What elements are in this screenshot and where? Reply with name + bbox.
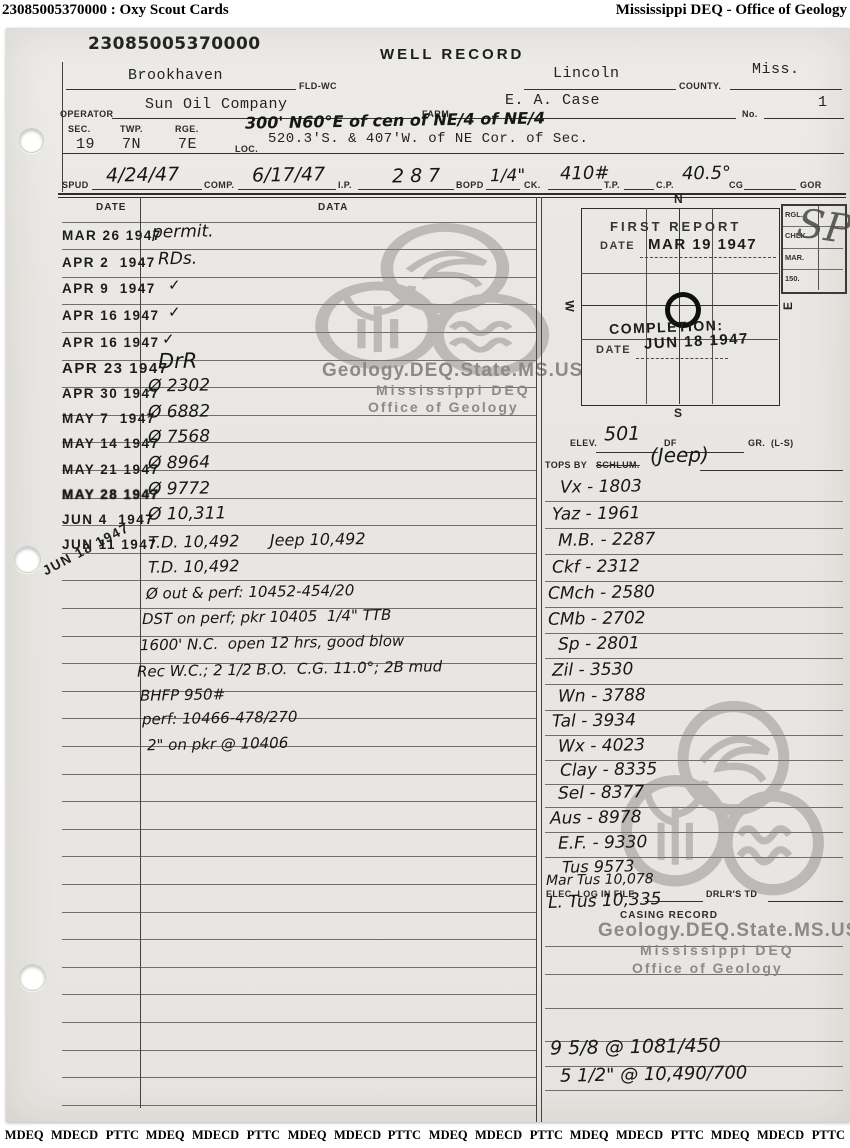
ruled-line — [545, 501, 843, 502]
footer-stamp: MDECD — [334, 1127, 381, 1143]
ruled-line — [62, 1050, 536, 1051]
compass-east-label: E — [781, 302, 795, 310]
ruled-line — [545, 607, 843, 608]
ruled-line — [62, 801, 536, 802]
log-data-entry: ✓ — [168, 276, 181, 294]
ruled-line — [62, 553, 536, 554]
ck-label: CK. — [524, 180, 541, 190]
loc-label: LOC. — [235, 144, 258, 154]
log-data-entry: RDs. — [158, 249, 198, 270]
formation-top-entry: Wx - 4023 — [558, 735, 645, 757]
spud-label: SPUD — [62, 180, 89, 190]
field-value: Brookhaven — [128, 67, 223, 84]
section-divider-left — [536, 197, 537, 1122]
watermark-org: Mississippi DEQ — [376, 382, 531, 398]
footer-stamp: PTTC — [671, 1127, 704, 1143]
casing-entry: 5 1/2" @ 10,490/700 — [560, 1062, 748, 1086]
rge-value: 7E — [178, 136, 197, 153]
date-column-header: DATE — [96, 202, 126, 213]
log-data-entry: Ø 10,311 — [148, 503, 227, 524]
gor-label: GOR — [800, 180, 822, 190]
county-underline — [524, 89, 676, 90]
watermark-org: Mississippi DEQ — [640, 942, 795, 958]
log-date-stamp: APR 23 1947 — [62, 360, 169, 377]
first-report-date-label: DATE — [600, 240, 635, 252]
log-date-stamp: MAY 21 1947 — [62, 462, 160, 477]
comp-label: COMP. — [204, 180, 234, 190]
log-data-entry: DrR — [158, 349, 198, 374]
ruled-line — [62, 1077, 536, 1078]
casing-record-heading: CASING RECORD — [620, 910, 718, 921]
footer-stamp: MDEQ — [146, 1127, 185, 1143]
watermark-url: Geology.DEQ.State.MS.US — [598, 920, 850, 942]
ip-label: I.P. — [338, 180, 352, 190]
elev-value: 501 — [604, 423, 641, 446]
footer-stamp-row: MDEQMDECDPTTCMDEQMDECDPTTCMDEQMDECDPTTCM… — [4, 1127, 846, 1143]
tp-blank-underline — [624, 189, 654, 190]
elev-label: ELEV. — [570, 438, 597, 448]
index-stamp-row: 150. — [785, 274, 800, 283]
gravity-value: 40.5° — [682, 163, 731, 185]
county-label: COUNTY. — [679, 81, 721, 91]
log-data-entry: Ø 6882 — [148, 401, 210, 422]
log-data-entry: ✓ — [162, 330, 175, 348]
state-value: Miss. — [752, 61, 800, 78]
index-stamp-row: MAR. — [785, 253, 804, 262]
ruled-line — [62, 884, 536, 885]
spud-value: 4/24/47 — [106, 163, 180, 186]
spud-underline — [92, 189, 202, 190]
ruled-line — [545, 658, 843, 659]
log-date-stamp: APR 30 1947 — [62, 386, 160, 401]
lower-tuscaloosa-entry: L. Tus 10,335 — [548, 889, 662, 913]
log-date-stamp: APR 2 1947 — [62, 255, 156, 270]
log-date-stamp: MAY 28 1947 — [62, 487, 160, 502]
gr-label: GR. (L-S) — [748, 438, 794, 448]
footer-stamp: MDECD — [757, 1127, 804, 1143]
footer-stamp: MDECD — [475, 1127, 522, 1143]
ip-underline — [358, 189, 454, 190]
formation-top-entry: Wn - 3788 — [558, 685, 646, 707]
footer-stamp: PTTC — [812, 1127, 845, 1143]
ruled-line — [62, 939, 536, 940]
watermark-url: Geology.DEQ.State.MS.US — [322, 360, 583, 382]
gor-underline — [744, 189, 796, 190]
footer-stamp: PTTC — [106, 1127, 139, 1143]
first-report-date-stamp: MAR 19 1947 — [648, 236, 757, 253]
log-date-stamp: APR 16 1947 — [62, 335, 160, 350]
completion-date-label: DATE — [596, 344, 631, 356]
footer-stamp: MDECD — [192, 1127, 239, 1143]
formation-top-entry: Tal - 3934 — [552, 710, 636, 731]
ruled-line — [545, 528, 843, 529]
ruled-line — [62, 912, 536, 913]
log-data-entry: ✓ — [168, 303, 181, 321]
form-left-border — [62, 62, 63, 192]
log-data-entry: 2" on pkr @ 10406 — [147, 734, 289, 754]
ruled-line — [62, 691, 536, 692]
data-column-header: DATA — [318, 202, 348, 213]
scanned-document-page: 23085005370000 : Oxy Scout Cards Mississ… — [0, 0, 850, 1148]
double-rule-bottom — [58, 197, 846, 199]
twp-label: TWP. — [120, 124, 143, 134]
ruled-line — [545, 581, 843, 582]
ip-value: 287 — [392, 165, 447, 188]
log-data-entry: perf: 10466-478/270 — [142, 708, 298, 729]
footer-stamp: PTTC — [529, 1127, 562, 1143]
loc-underline — [62, 153, 844, 154]
log-data-entry: permit. — [152, 221, 214, 242]
tops-by-underline — [700, 470, 843, 471]
choke-underline — [486, 189, 520, 190]
county-value: Lincoln — [553, 65, 620, 82]
well-no-value: 1 — [818, 94, 828, 111]
ruled-line — [545, 1090, 843, 1091]
formation-top-entry: Ckf - 2312 — [552, 556, 640, 578]
punch-hole — [14, 546, 41, 573]
footer-stamp: MDECD — [616, 1127, 663, 1143]
log-date-stamp: APR 9 1947 — [62, 281, 156, 296]
viewer-title-right: Mississippi DEQ - Office of Geology — [616, 2, 847, 19]
formation-top-entry: Sel - 8377 — [558, 782, 645, 804]
sec-label: SEC. — [68, 124, 91, 134]
ruled-line — [62, 829, 536, 830]
cp-label: C.P. — [656, 180, 674, 190]
field-underline — [66, 89, 296, 90]
first-report-stamp: FIRST REPORT — [610, 219, 741, 234]
formation-top-entry: E.F. - 9330 — [558, 832, 648, 854]
compass-south-label: S — [674, 406, 682, 420]
choke-value: 1/4" — [490, 166, 526, 187]
farm-value: E. A. Case — [505, 92, 600, 109]
log-data-entry: T.D. 10,492 Jeep 10,492 — [148, 529, 366, 552]
watermark-office: Office of Geology — [632, 960, 783, 976]
punch-hole — [19, 964, 46, 991]
elev-underline — [596, 452, 658, 453]
formation-top-entry: Vx - 1803 — [560, 476, 642, 497]
punch-hole — [19, 128, 44, 153]
log-data-entry: T.D. 10,492 — [148, 556, 240, 577]
tp-value: 410# — [560, 163, 610, 185]
ruled-line — [545, 554, 843, 555]
ruled-line — [62, 746, 536, 747]
drlr-td-label: DRLR'S TD — [706, 889, 757, 899]
bopd-label: BOPD — [456, 180, 484, 190]
ruled-line — [62, 1022, 536, 1023]
ruled-line — [62, 718, 536, 719]
formation-top-entry: Zil - 3530 — [552, 659, 634, 680]
examiner-initials: SP — [794, 200, 850, 253]
watermark-office: Office of Geology — [368, 399, 519, 415]
formation-top-entry: M.B. - 2287 — [558, 529, 656, 551]
log-date-stamp: JUN 4 1947 — [62, 512, 154, 527]
ruled-line — [62, 856, 536, 857]
operator-value: Sun Oil Company — [145, 96, 288, 113]
log-data-entry: Ø 9772 — [148, 478, 210, 499]
rge-label: RGE. — [175, 124, 199, 134]
casing-entry: 9 5/8 @ 1081/450 — [550, 1035, 721, 1060]
field-label: FLD-WC — [299, 81, 337, 91]
formation-top-entry: CMb - 2702 — [548, 608, 646, 630]
ruled-line — [545, 684, 843, 685]
log-date-stamp: MAY 14 1947 — [62, 436, 160, 451]
card-number: 23085005370000 — [88, 34, 261, 54]
footer-stamp: MDEQ — [711, 1127, 750, 1143]
completion-date-line — [636, 358, 728, 359]
footer-stamp: MDEQ — [5, 1127, 44, 1143]
footer-stamp: MDEQ — [287, 1127, 326, 1143]
ruled-line — [545, 1008, 843, 1009]
tops-by-handwritten: (Jeep) — [650, 442, 709, 467]
footer-stamp: PTTC — [247, 1127, 280, 1143]
operator-label: OPERATOR — [60, 109, 113, 119]
loc-value: 520.3'S. & 407'W. of NE Cor. of Sec. — [268, 131, 588, 147]
twp-value: 7N — [122, 136, 141, 153]
formation-top-entry: Sp - 2801 — [558, 633, 640, 654]
compass-north-label: N — [674, 192, 683, 206]
ruled-line — [62, 1105, 536, 1106]
ruled-line — [62, 994, 536, 995]
formation-top-entry: Aus - 8978 — [550, 807, 642, 829]
log-data-entry: Ø 8964 — [148, 452, 210, 473]
drlr-td-underline — [768, 901, 843, 902]
viewer-title-left: 23085005370000 : Oxy Scout Cards — [2, 2, 229, 19]
log-data-entry: Ø out & perf: 10452-454/20 — [146, 581, 355, 603]
log-data-entry: Ø 2302 — [148, 375, 210, 396]
well-no-underline — [764, 118, 844, 119]
log-date-stamp: MAY 7 1947 — [62, 411, 156, 426]
tp-underline — [548, 189, 602, 190]
formation-top-entry: Clay - 8335 — [560, 759, 658, 781]
log-data-entry: BHFP 950# — [140, 685, 226, 704]
form-title: WELL RECORD — [380, 46, 524, 63]
first-report-date-line — [640, 257, 776, 258]
footer-stamp: MDEQ — [570, 1127, 609, 1143]
ruled-line — [62, 774, 536, 775]
sec-value: 19 — [76, 136, 95, 153]
formation-top-entry: Yaz - 1961 — [552, 503, 641, 525]
comp-underline — [238, 189, 336, 190]
well-no-label: No. — [742, 109, 758, 119]
section-divider-right — [541, 197, 542, 1122]
ruled-line — [62, 967, 536, 968]
tops-by-struck-value: SCHLUM. — [596, 460, 640, 470]
compass-west-label: W — [563, 300, 577, 311]
tops-by-label: TOPS BY — [545, 460, 587, 470]
formation-top-entry: CMch - 2580 — [548, 582, 655, 604]
log-date-stamp: MAR 26 1947 — [62, 228, 162, 243]
footer-stamp: PTTC — [388, 1127, 421, 1143]
comp-value: 6/17/47 — [252, 163, 326, 186]
log-data-entry: Ø 7568 — [148, 426, 210, 447]
double-rule-top — [58, 193, 846, 195]
footer-stamp: MDEQ — [429, 1127, 468, 1143]
footer-stamp: MDECD — [51, 1127, 98, 1143]
state-underline — [730, 89, 842, 90]
formation-top-entry: Mar Tus 10,078 — [546, 871, 654, 889]
log-date-stamp: APR 16 1947 — [62, 308, 160, 323]
